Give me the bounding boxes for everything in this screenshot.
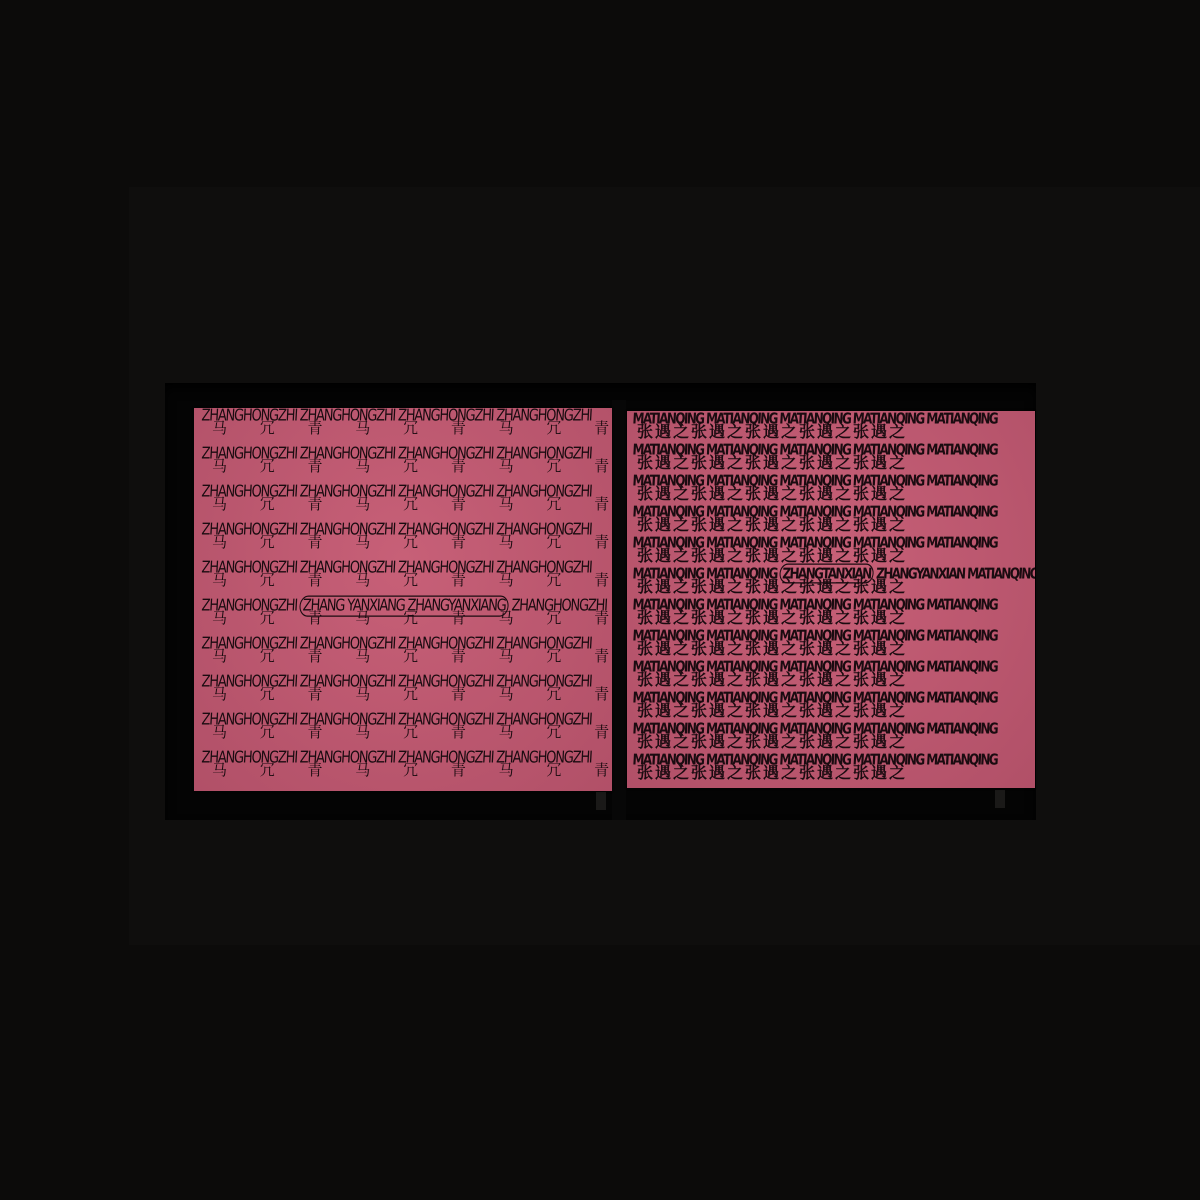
pinyin-line: MATIANQING MATIANQING MATIANQING MATIANQ… [632, 442, 1029, 458]
text-row-circled: MATIANQING MATIANQING ZHANGTANXIAN ZHANG… [627, 566, 1035, 597]
pinyin-line: MATIANQING MATIANQING ZHANGTANXIAN ZHANG… [632, 566, 1029, 582]
pinyin-line: ZHANGHONGZHI ZHANGHONGZHI ZHANGHONGZHI Z… [201, 636, 604, 652]
pinyin-pre: MATIANQING MATIANQING [632, 565, 780, 583]
text-row: MATIANQING MATIANQING MATIANQING MATIANQ… [627, 597, 1035, 628]
text-row: ZHANGHONGZHI ZHANGHONGZHI ZHANGHONGZHI Z… [194, 484, 612, 522]
pinyin-line: MATIANQING MATIANQING MATIANQING MATIANQ… [632, 628, 1029, 644]
pinyin-line: MATIANQING MATIANQING MATIANQING MATIANQ… [632, 535, 1029, 551]
right-artwork-panel: MATIANQING MATIANQING MATIANQING MATIANQ… [627, 411, 1035, 788]
text-row: ZHANGHONGZHI ZHANGHONGZHI ZHANGHONGZHI Z… [194, 408, 612, 446]
pinyin-line: ZHANGHONGZHI ZHANGHONGZHI ZHANGHONGZHI Z… [201, 408, 604, 424]
text-row: MATIANQING MATIANQING MATIANQING MATIANQ… [627, 752, 1035, 783]
pinyin-line: ZHANGHONGZHI ZHANGHONGZHI ZHANGHONGZHI Z… [201, 484, 604, 500]
text-row: MATIANQING MATIANQING MATIANQING MATIANQ… [627, 411, 1035, 442]
pinyin-line: ZHANGHONGZHI ZHANGHONGZHI ZHANGHONGZHI Z… [201, 446, 604, 462]
text-row: ZHANGHONGZHI ZHANGHONGZHI ZHANGHONGZHI Z… [194, 522, 612, 560]
text-row: ZHANGHONGZHI ZHANGHONGZHI ZHANGHONGZHI Z… [194, 446, 612, 484]
text-row: MATIANQING MATIANQING MATIANQING MATIANQ… [627, 535, 1035, 566]
text-row: MATIANQING MATIANQING MATIANQING MATIANQ… [627, 721, 1035, 752]
mount-peg [596, 792, 606, 810]
text-row: MATIANQING MATIANQING MATIANQING MATIANQ… [627, 473, 1035, 504]
text-row: ZHANGHONGZHI ZHANGHONGZHI ZHANGHONGZHI Z… [194, 750, 612, 788]
pinyin-line: MATIANQING MATIANQING MATIANQING MATIANQ… [632, 597, 1029, 613]
mount-peg [995, 790, 1005, 808]
pinyin-line: ZHANGHONGZHI ZHANGHONGZHI ZHANGHONGZHI Z… [201, 522, 604, 538]
text-row: MATIANQING MATIANQING MATIANQING MATIANQ… [627, 504, 1035, 535]
pinyin-line: ZHANGHONGZHI ZHANGHONGZHI ZHANGHONGZHI Z… [201, 750, 604, 766]
pinyin-line: ZHANGHONGZHI ZHANGHONGZHI ZHANGHONGZHI Z… [201, 712, 604, 728]
panel-divider [612, 400, 626, 820]
pinyin-line: ZHANGHONGZHI ZHANGHONGZHI ZHANGHONGZHI Z… [201, 674, 604, 690]
pinyin-line: MATIANQING MATIANQING MATIANQING MATIANQ… [632, 504, 1029, 520]
pinyin-line: MATIANQING MATIANQING MATIANQING MATIANQ… [632, 473, 1029, 489]
text-row: MATIANQING MATIANQING MATIANQING MATIANQ… [627, 628, 1035, 659]
pinyin-post: ZHANGYANXIAN MATIANQING [873, 565, 1035, 583]
pinyin-line: MATIANQING MATIANQING MATIANQING MATIANQ… [632, 411, 1029, 427]
pinyin-line: ZHANGHONGZHI ZHANG YANXIANG ZHANGYANXIAN… [201, 598, 604, 614]
text-row: ZHANGHONGZHI ZHANGHONGZHI ZHANGHONGZHI Z… [194, 560, 612, 598]
circled-name: ZHANG YANXIANG ZHANGYANXIANG [299, 596, 509, 617]
pinyin-line: MATIANQING MATIANQING MATIANQING MATIANQ… [632, 690, 1029, 706]
pinyin-line: MATIANQING MATIANQING MATIANQING MATIANQ… [632, 659, 1029, 675]
text-row: MATIANQING MATIANQING MATIANQING MATIANQ… [627, 690, 1035, 721]
pinyin-line: MATIANQING MATIANQING MATIANQING MATIANQ… [632, 721, 1029, 737]
circled-name: ZHANGTANXIAN [779, 564, 874, 584]
text-row-circled: ZHANGHONGZHI ZHANG YANXIANG ZHANGYANXIAN… [194, 598, 612, 636]
pinyin-line: MATIANQING MATIANQING MATIANQING MATIANQ… [632, 752, 1029, 768]
pinyin-pre: ZHANGHONGZHI [201, 597, 300, 616]
text-row: ZHANGHONGZHI ZHANGHONGZHI ZHANGHONGZHI Z… [194, 712, 612, 750]
text-row: ZHANGHONGZHI ZHANGHONGZHI ZHANGHONGZHI Z… [194, 674, 612, 712]
text-row: MATIANQING MATIANQING MATIANQING MATIANQ… [627, 659, 1035, 690]
pinyin-line: ZHANGHONGZHI ZHANGHONGZHI ZHANGHONGZHI Z… [201, 560, 604, 576]
text-row: MATIANQING MATIANQING MATIANQING MATIANQ… [627, 442, 1035, 473]
pinyin-post: ZHANGHONGZHI [508, 597, 607, 616]
text-row: ZHANGHONGZHI ZHANGHONGZHI ZHANGHONGZHI Z… [194, 636, 612, 674]
left-artwork-panel: ZHANGHONGZHI ZHANGHONGZHI ZHANGHONGZHI Z… [194, 408, 612, 791]
